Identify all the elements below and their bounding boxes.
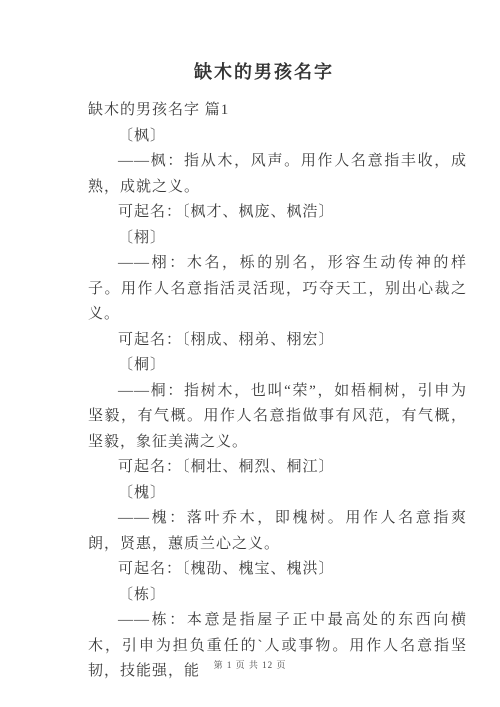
section-heading: 缺木的男孩名字 篇1 [88,98,467,124]
paragraph-xu-names: 可起名：〔栩成、栩弟、栩宏〕 [88,328,467,354]
page-title: 缺木的男孩名字 [28,58,500,84]
paragraph-bracket-feng: 〔枫〕 [88,124,467,150]
paragraph-tong-meaning: ——桐：指树木，也叫“荣”，如梧桐树，引申为坚毅，有气概。用作人名意指做事有风范… [88,379,467,456]
footer-page-indicator: 第 1 页 共 12 页 [0,658,500,671]
paragraph-huai-meaning: ——槐：落叶乔木，即槐树。用作人名意指爽朗，贤惠，蕙质兰心之义。 [88,506,467,557]
paragraph-tong-names: 可起名：〔桐壮、桐烈、桐江〕 [88,455,467,481]
document-page: 缺木的男孩名字 缺木的男孩名字 篇1 〔枫〕 ——枫：指从木，风声。用作人名意指… [0,0,500,707]
paragraph-xu-meaning: ——栩：木名，栎的别名，形容生动传神的样子。用作人名意指活灵活现，巧夺天工，别出… [88,251,467,328]
paragraph-bracket-huai: 〔槐〕 [88,481,467,507]
paragraph-bracket-tong: 〔桐〕 [88,353,467,379]
body-paragraphs: 〔枫〕 ——枫：指从木，风声。用作人名意指丰收，成熟，成就之义。 可起名：〔枫才… [88,124,467,685]
document-content: 缺木的男孩名字 缺木的男孩名字 篇1 〔枫〕 ——枫：指从木，风声。用作人名意指… [88,58,467,685]
paragraph-feng-names: 可起名：〔枫才、枫庞、枫浩〕 [88,200,467,226]
paragraph-huai-names: 可起名：〔槐劭、槐宝、槐洪〕 [88,557,467,583]
paragraph-feng-meaning: ——枫：指从木，风声。用作人名意指丰收，成熟，成就之义。 [88,149,467,200]
paragraph-bracket-dong: 〔栋〕 [88,583,467,609]
paragraph-dong-meaning: ——栋：本意是指屋子正中最高处的东西向横木，引申为担负重任的`人或事物。用作人名… [88,608,467,685]
paragraph-bracket-xu: 〔栩〕 [88,226,467,252]
